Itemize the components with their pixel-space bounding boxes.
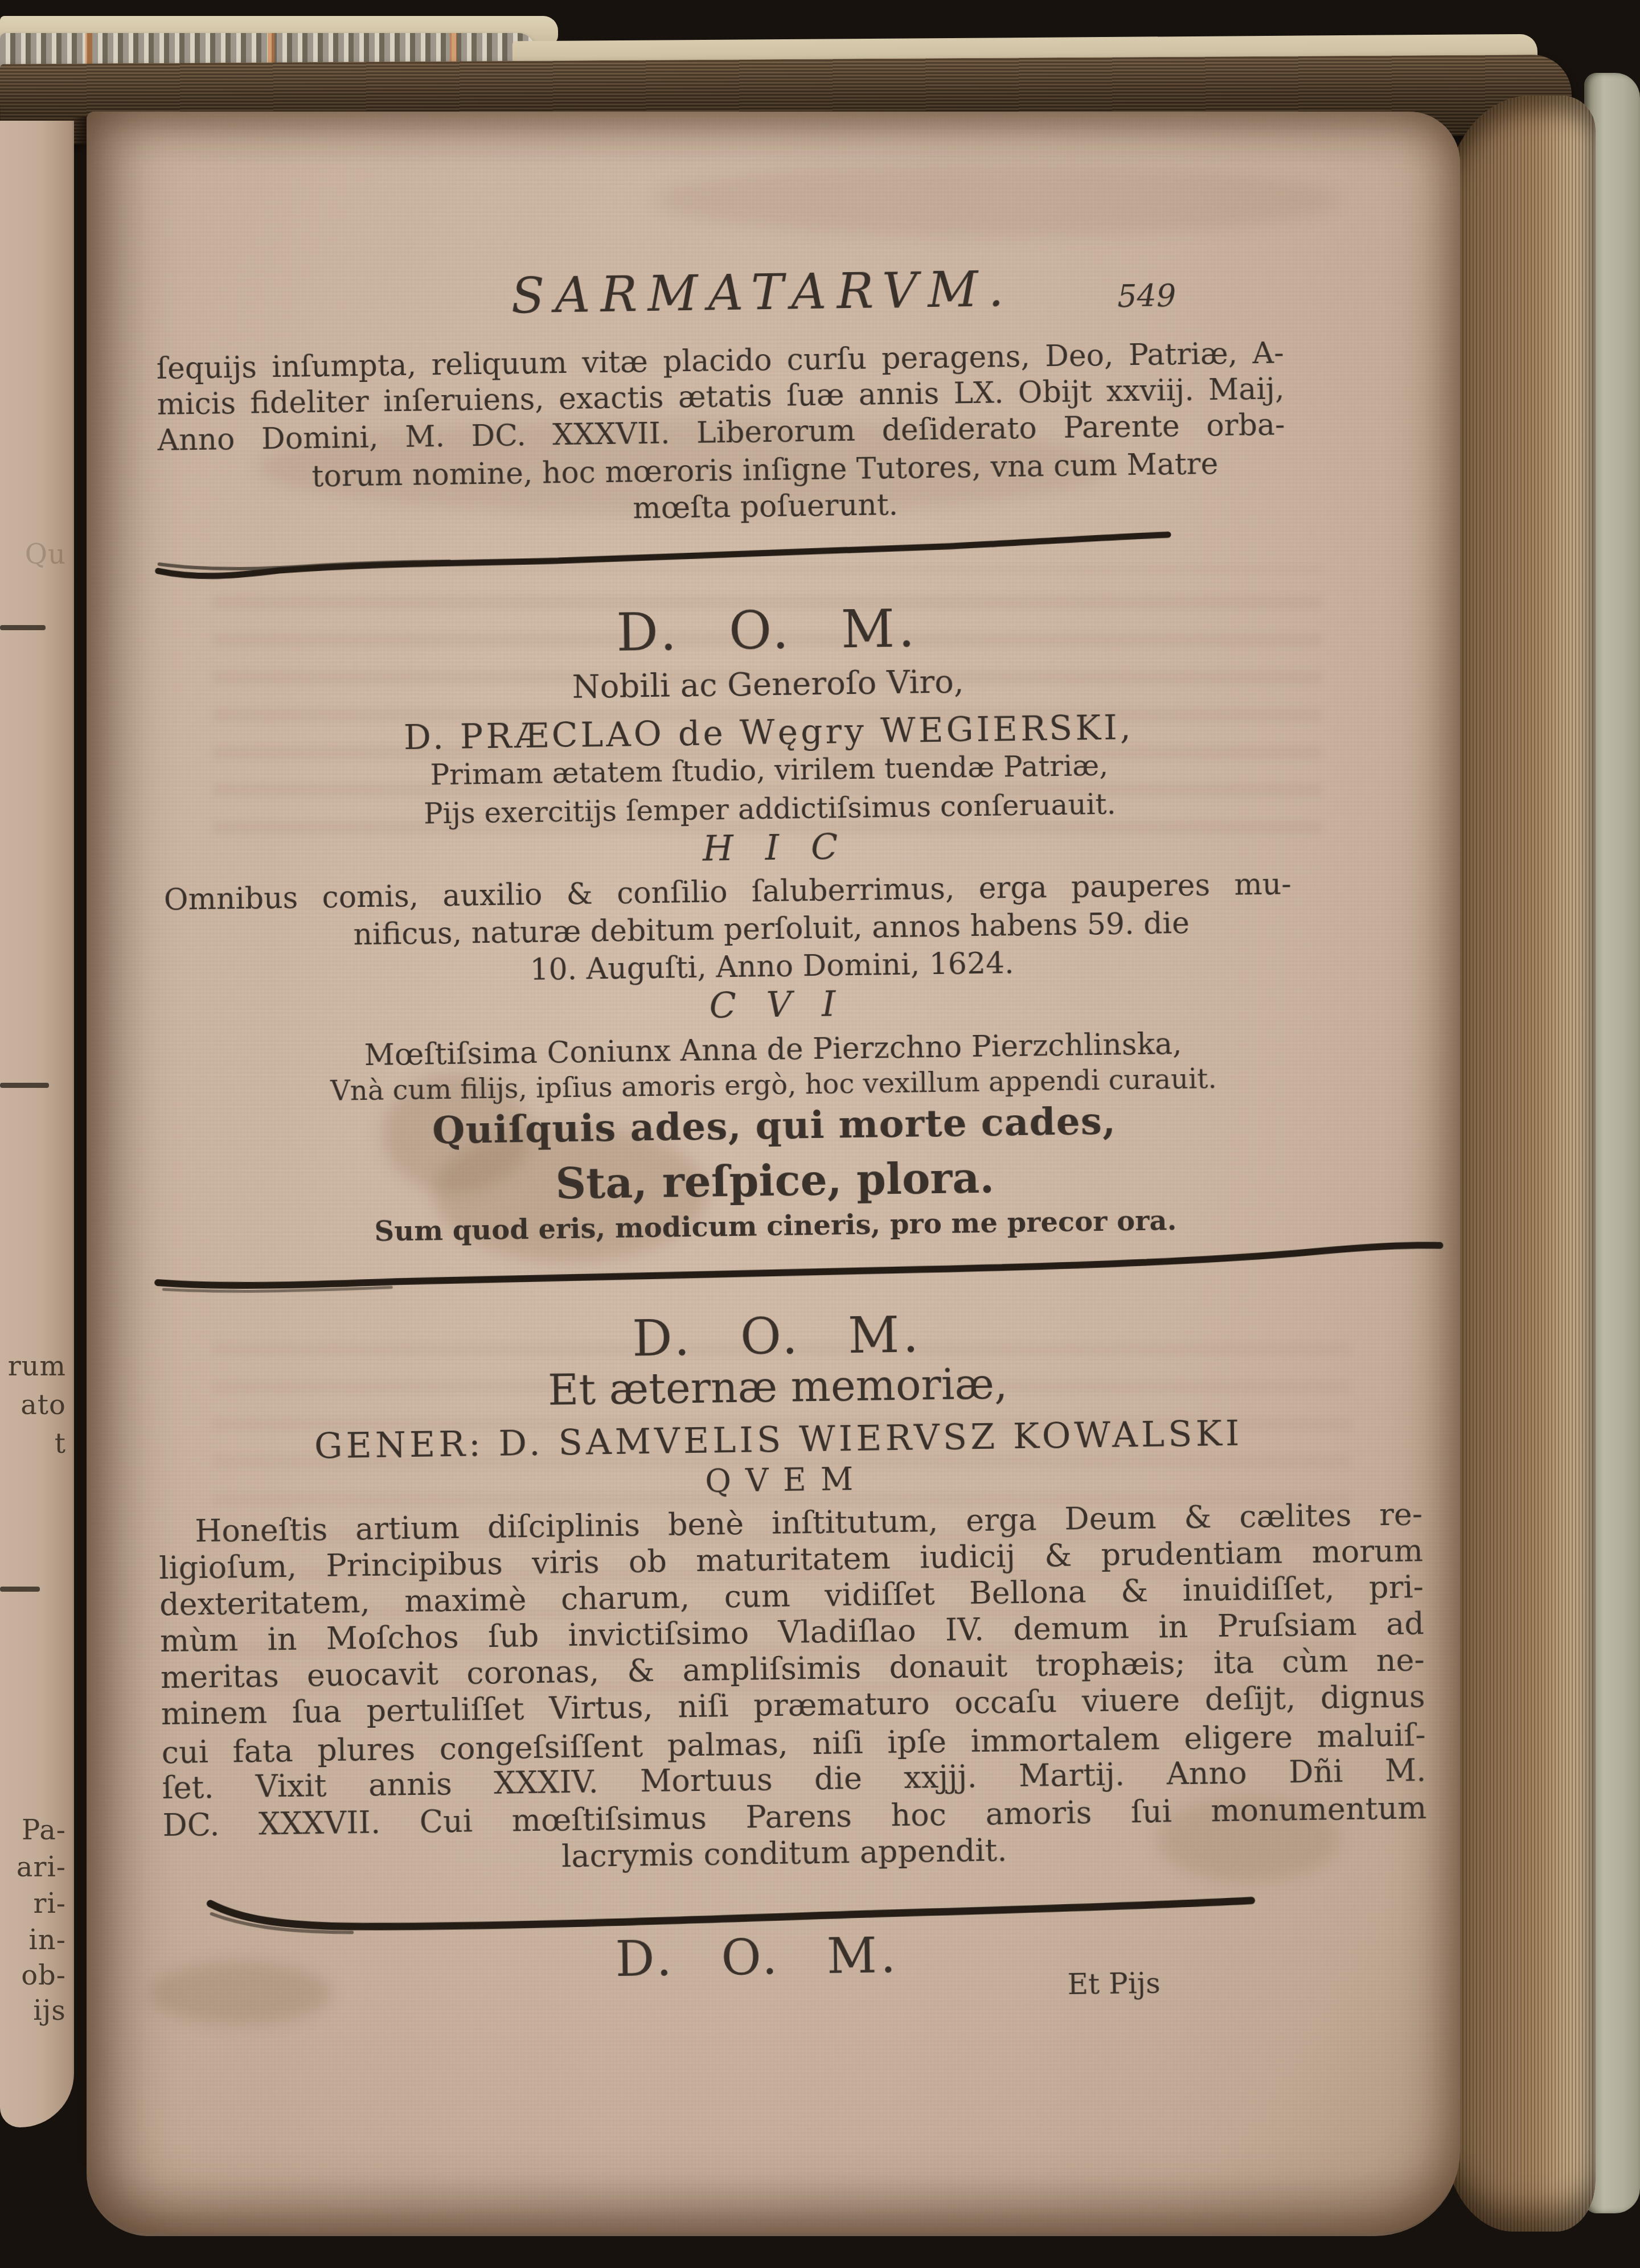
facing-page-text-fragment: rum — [8, 1350, 66, 1382]
facing-page-text-fragment: ri- — [33, 1888, 66, 1920]
facing-page-edge: Qu rum ato t Pa- ari- ri- in- ob- ijs — [0, 121, 74, 2127]
catchword: Et Pijs — [1067, 1967, 1161, 2001]
facing-page-text-fragment: ijs — [33, 1995, 66, 2027]
dom-heading: D. O. M. — [80, 590, 1454, 671]
page-content: SARMATARVM. 549 ſequijs inſumpta, reliqu… — [73, 102, 1477, 2242]
facing-page-text-fragment: ob- — [21, 1959, 66, 1991]
facing-page-ghost-text: Qu — [25, 539, 66, 570]
running-head: SARMATARVM. — [75, 252, 1637, 331]
facing-page-rule-fragment — [0, 1587, 40, 1592]
facing-page-text-fragment: ari- — [17, 1851, 66, 1883]
page-number: 549 — [1117, 278, 1176, 314]
facing-page-text-fragment: in- — [29, 1924, 66, 1956]
facing-page-text-fragment: ato — [20, 1389, 66, 1421]
book-page: SARMATARVM. 549 ſequijs inſumpta, reliqu… — [87, 112, 1460, 2236]
ink-rule — [153, 528, 1179, 584]
facing-page-text-fragment: Pa- — [22, 1814, 66, 1846]
facing-page-text-fragment: t — [55, 1428, 66, 1460]
facing-page-rule-fragment — [0, 625, 46, 630]
facing-page-rule-fragment — [0, 1083, 49, 1088]
